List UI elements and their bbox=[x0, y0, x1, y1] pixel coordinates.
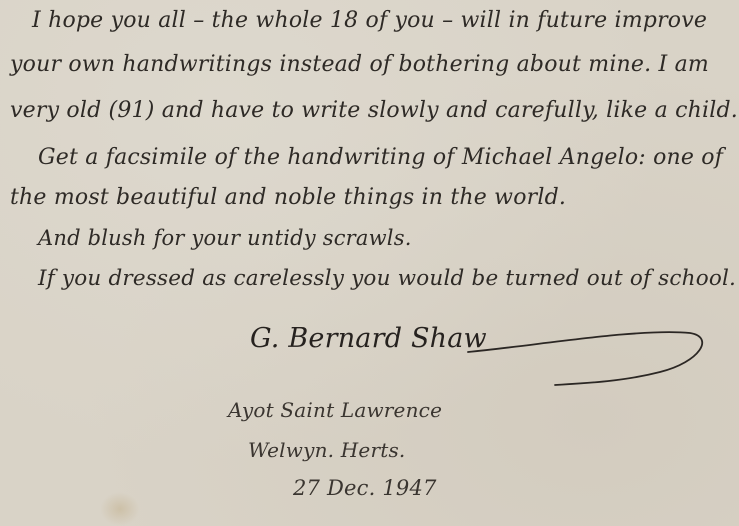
letter-line-5: the most beautiful and noble things in t… bbox=[10, 185, 566, 210]
letter-line-6: And blush for your untidy scrawls. bbox=[38, 226, 412, 250]
letter-line-1: I hope you all – the whole 18 of you – w… bbox=[32, 8, 707, 33]
letter-line-2: your own handwritings instead of botheri… bbox=[10, 52, 709, 77]
paper-stain bbox=[100, 492, 140, 526]
signature: G. Bernard Shaw bbox=[250, 323, 487, 354]
address-line-2: Welwyn. Herts. bbox=[248, 438, 405, 462]
letter-date: 27 Dec. 1947 bbox=[293, 476, 437, 500]
letter-line-7: If you dressed as carelessly you would b… bbox=[38, 266, 736, 291]
letter-line-4: Get a facsimile of the handwriting of Mi… bbox=[38, 145, 723, 170]
letter-page: I hope you all – the whole 18 of you – w… bbox=[0, 0, 739, 526]
address-line-1: Ayot Saint Lawrence bbox=[228, 398, 442, 422]
letter-line-3: very old (91) and have to write slowly a… bbox=[10, 98, 738, 123]
